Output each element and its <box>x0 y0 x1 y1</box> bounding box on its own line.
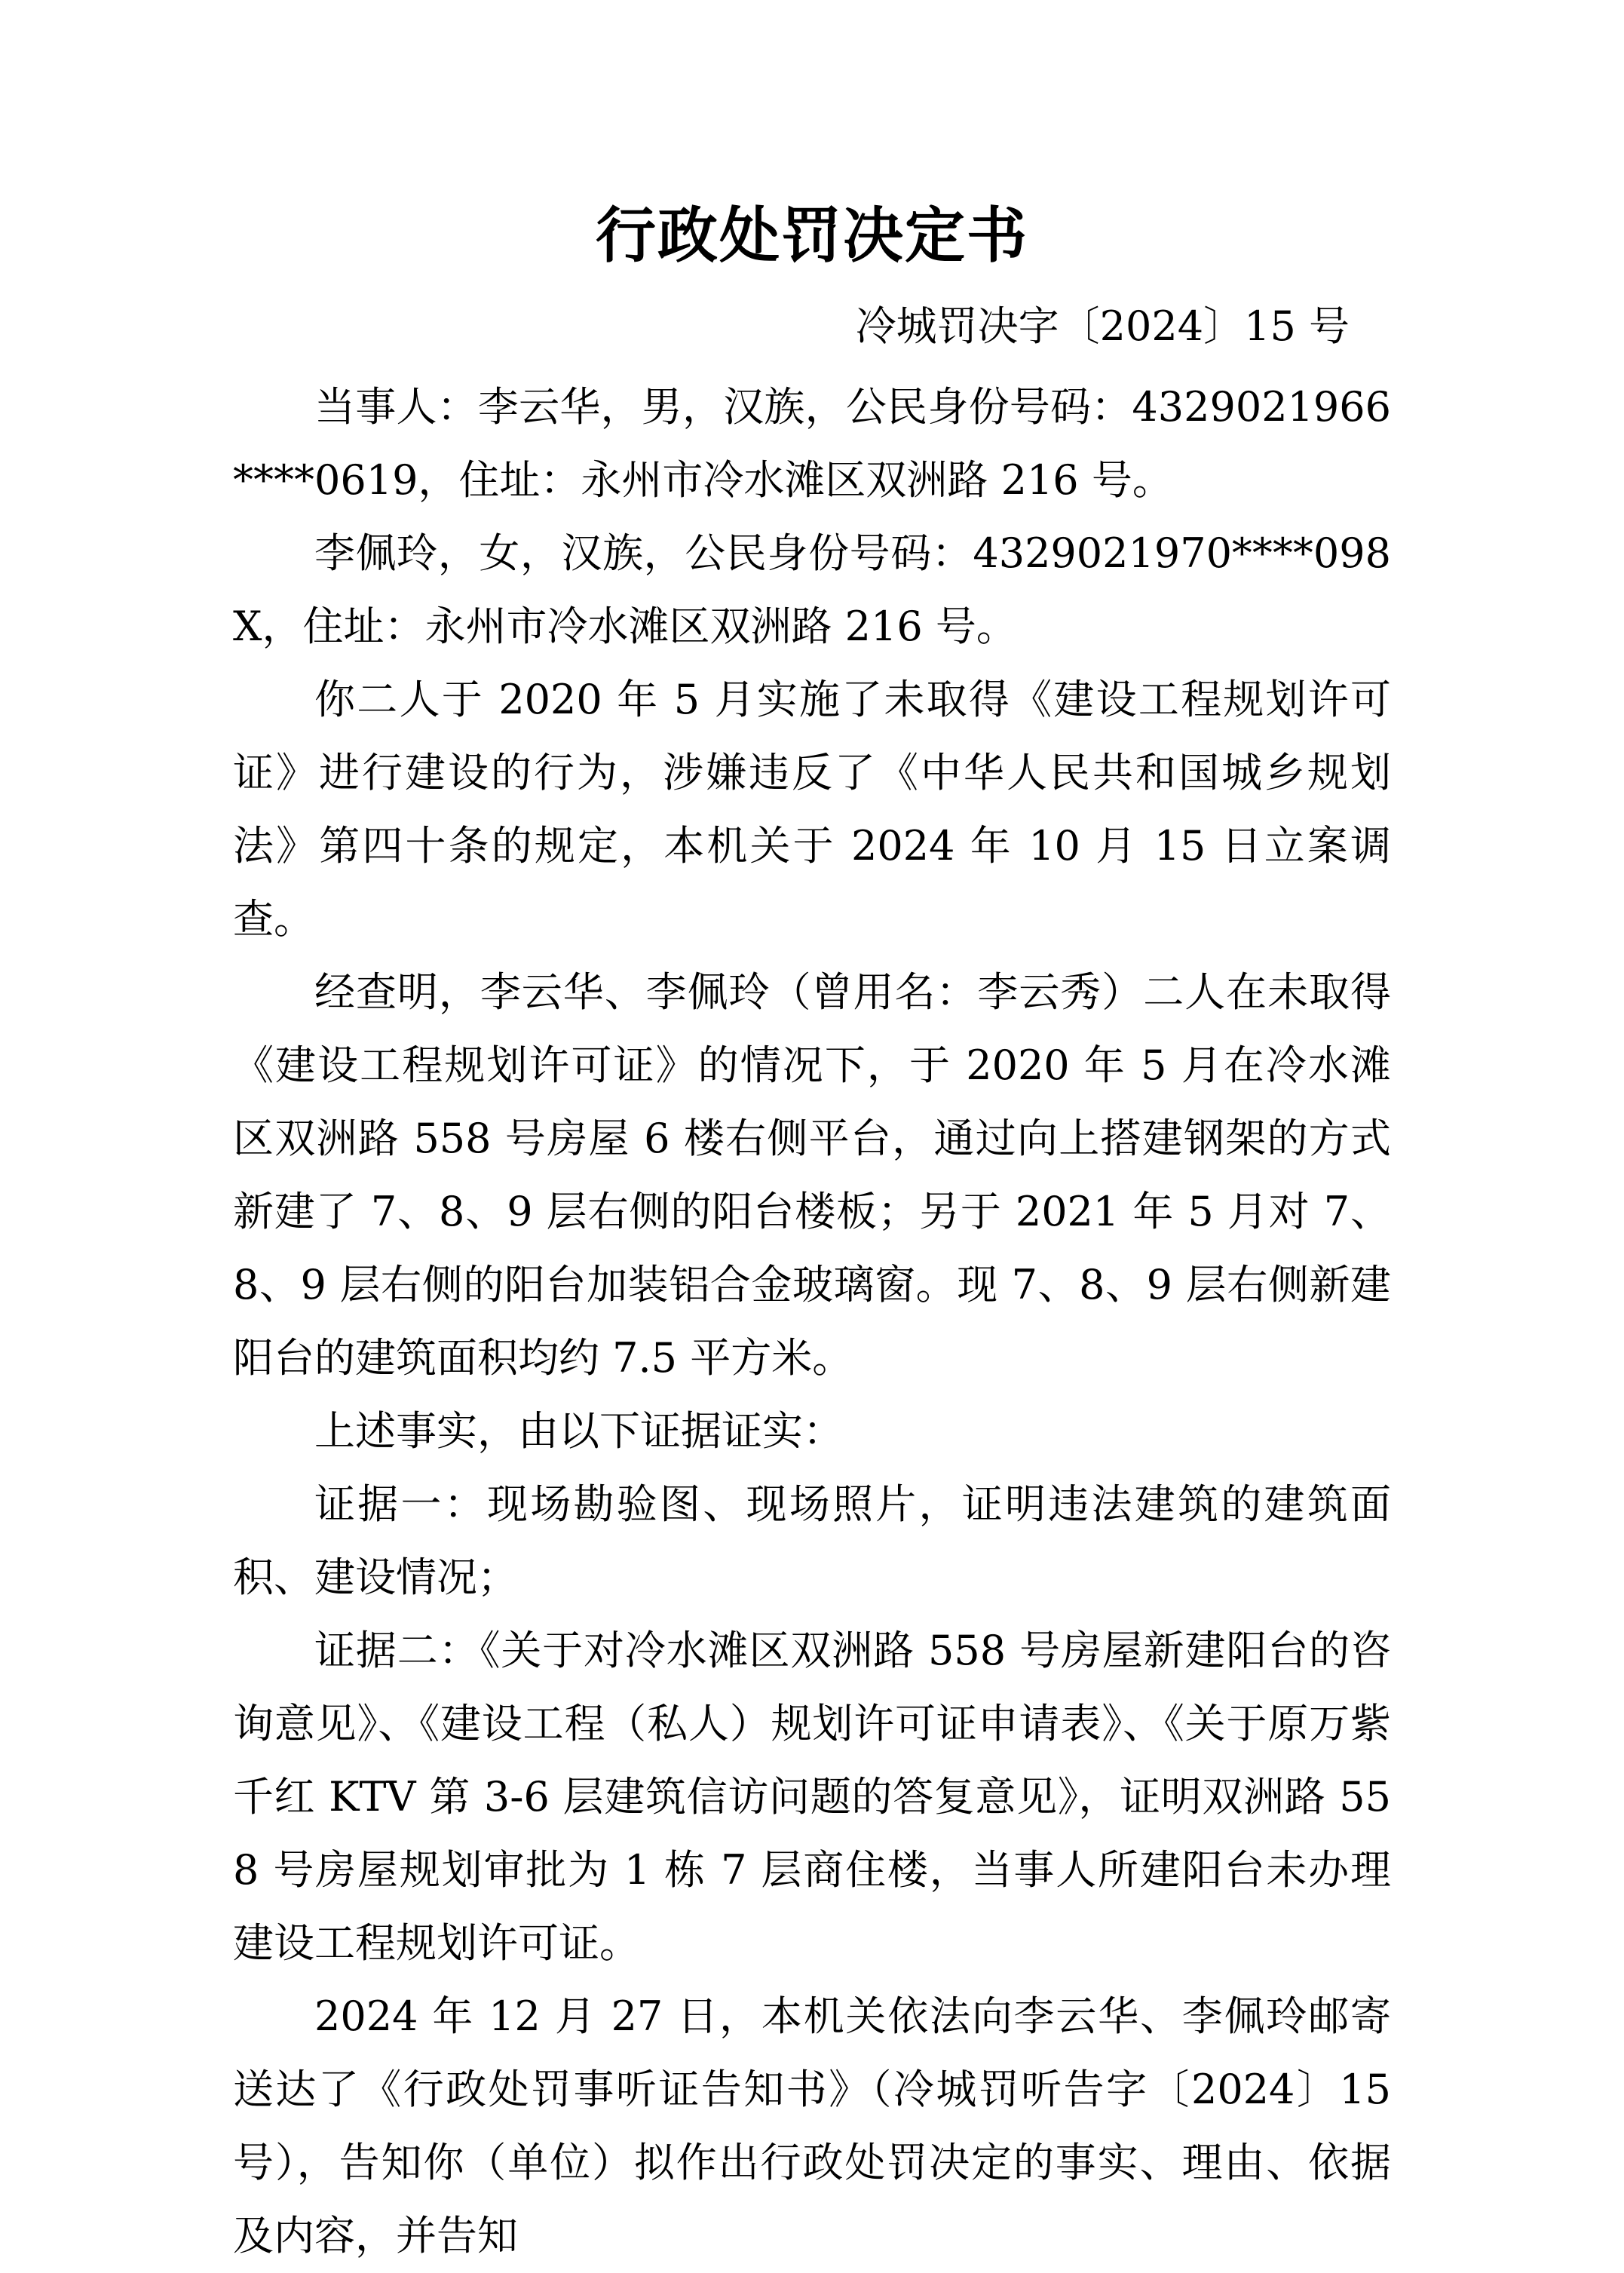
body-paragraph-violation: 你二人于 2020 年 5 月实施了未取得《建设工程规划许可证》进行建设的行为，… <box>233 663 1391 956</box>
document-body: 当事人：李云华，男，汉族，公民身份号码：4329021966****0619，住… <box>233 370 1391 2272</box>
body-paragraph-evidence-2: 证据二：《关于对冷水滩区双洲路 558 号房屋新建阳台的咨询意见》、《建设工程（… <box>233 1614 1391 1980</box>
doc-number: 冷城罚决字〔2024〕15 号 <box>233 290 1391 363</box>
body-paragraph-party2: 李佩玲，女，汉族，公民身份号码：4329021970****098X，住址：永州… <box>233 517 1391 663</box>
body-paragraph-notification: 2024 年 12 月 27 日，本机关依法向李云华、李佩玲邮寄送达了《行政处罚… <box>233 1980 1391 2272</box>
body-paragraph-parties: 当事人：李云华，男，汉族，公民身份号码：4329021966****0619，住… <box>233 370 1391 517</box>
document-page: 行政处罚决定书 冷城罚决字〔2024〕15 号 当事人：李云华，男，汉族，公民身… <box>0 0 1624 2273</box>
body-paragraph-evidence-intro: 上述事实，由以下证据证实： <box>233 1394 1391 1468</box>
page-title: 行政处罚决定书 <box>233 200 1391 272</box>
body-paragraph-evidence-1: 证据一：现场勘验图、现场照片，证明违法建筑的建筑面积、建设情况； <box>233 1468 1391 1614</box>
body-paragraph-findings: 经查明，李云华、李佩玲（曾用名：李云秀）二人在未取得《建设工程规划许可证》的情况… <box>233 956 1391 1394</box>
